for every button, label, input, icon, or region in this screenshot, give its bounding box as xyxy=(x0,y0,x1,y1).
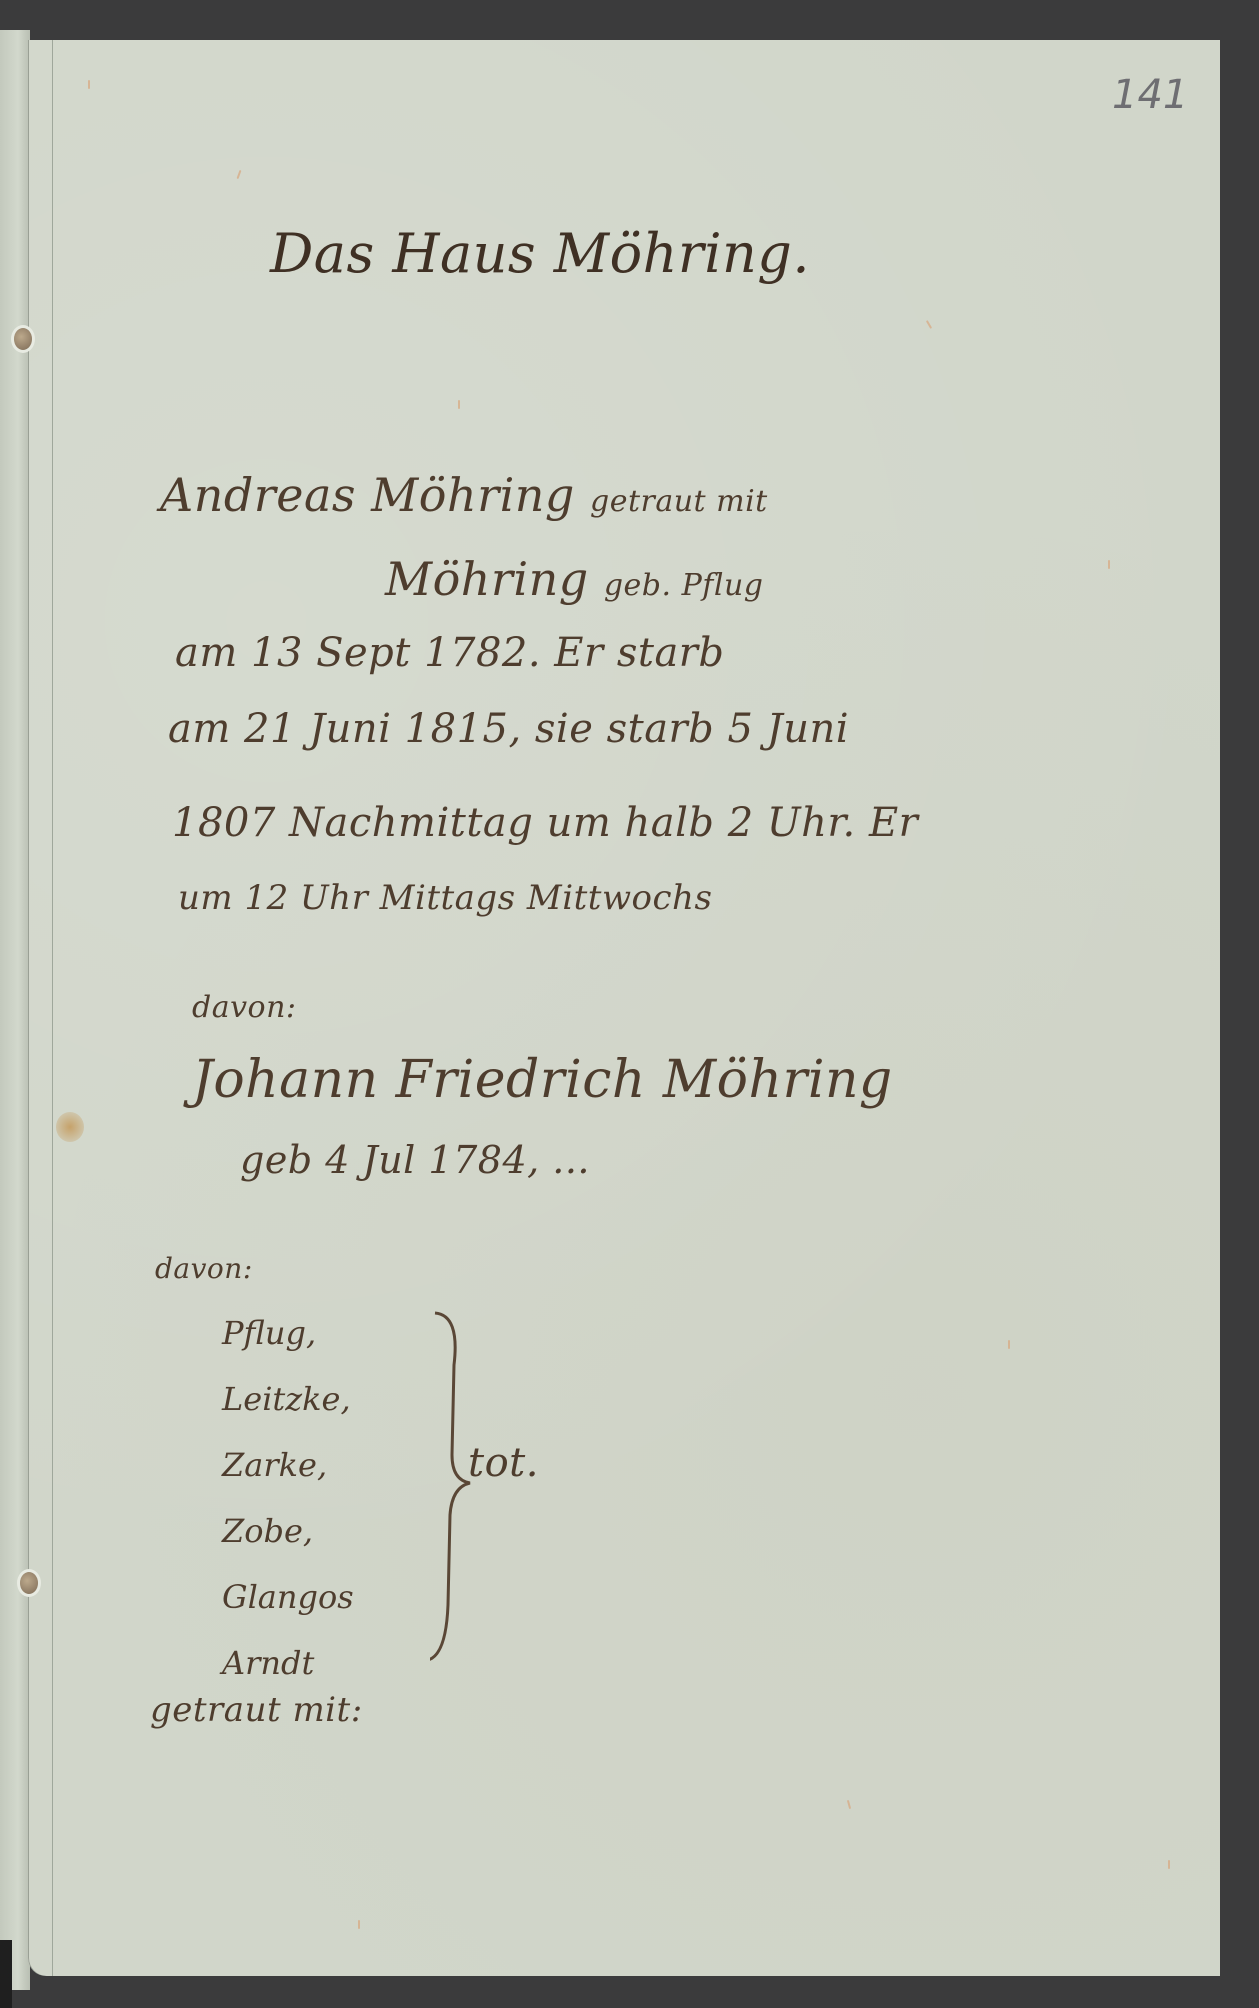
married-with: getraut mit xyxy=(590,484,768,519)
list-item: Leitzke, xyxy=(222,1366,354,1432)
child-name: Johann Friedrich Möhring xyxy=(192,1050,893,1110)
deceased-list: Pflug, Leitzke, Zarke, Zobe, Glangos Arn… xyxy=(222,1300,354,1696)
list-item: Arndt xyxy=(222,1630,354,1696)
paper-fleck xyxy=(926,320,932,329)
text-line-1: Andreas Möhring getraut mit xyxy=(160,468,768,522)
folio-number: 141 xyxy=(1112,72,1188,118)
list-item: Zarke, xyxy=(222,1432,354,1498)
text-line-4: am 21 Juni 1815, sie starb 5 Juni xyxy=(168,706,849,752)
paper-fleck xyxy=(358,1920,360,1929)
list-item: Pflug, xyxy=(222,1300,354,1366)
text-line-6: um 12 Uhr Mittags Mittwochs xyxy=(178,878,712,918)
previous-page-edge xyxy=(0,30,30,1990)
text-line-5: 1807 Nachmittag um halb 2 Uhr. Er xyxy=(172,800,918,846)
name-andreas: Andreas Möhring xyxy=(160,468,575,522)
brace-label: tot. xyxy=(468,1440,539,1486)
gutter-fold xyxy=(52,40,53,1976)
binding-shadow xyxy=(0,1940,12,2008)
text-line-2: Möhring geb. Pflug xyxy=(385,552,763,606)
maiden-name: geb. Pflug xyxy=(604,568,764,603)
paper-fleck xyxy=(458,400,460,409)
page-title: Das Haus Möhring. xyxy=(270,222,810,285)
paper-fleck xyxy=(88,80,90,89)
sewing-hole-icon xyxy=(14,328,32,350)
sewing-hole-icon xyxy=(20,1572,38,1594)
name-wife: Möhring xyxy=(385,552,589,606)
child-birth-line: geb 4 Jul 1784, ... xyxy=(240,1138,590,1182)
list-intro: davon: xyxy=(155,1252,253,1285)
list-item: Glangos xyxy=(222,1564,354,1630)
paper-fleck xyxy=(1108,560,1110,569)
paper-fleck xyxy=(847,1800,851,1809)
text-line-7: davon: xyxy=(192,990,297,1025)
paper-fleck xyxy=(237,170,242,179)
closing-line: getraut mit: xyxy=(150,1690,363,1730)
list-item: Zobe, xyxy=(222,1498,354,1564)
ink-stain xyxy=(56,1112,84,1142)
text-line-3: am 13 Sept 1782. Er starb xyxy=(175,630,725,676)
paper-fleck xyxy=(1168,1860,1170,1869)
paper-fleck xyxy=(1008,1340,1010,1349)
